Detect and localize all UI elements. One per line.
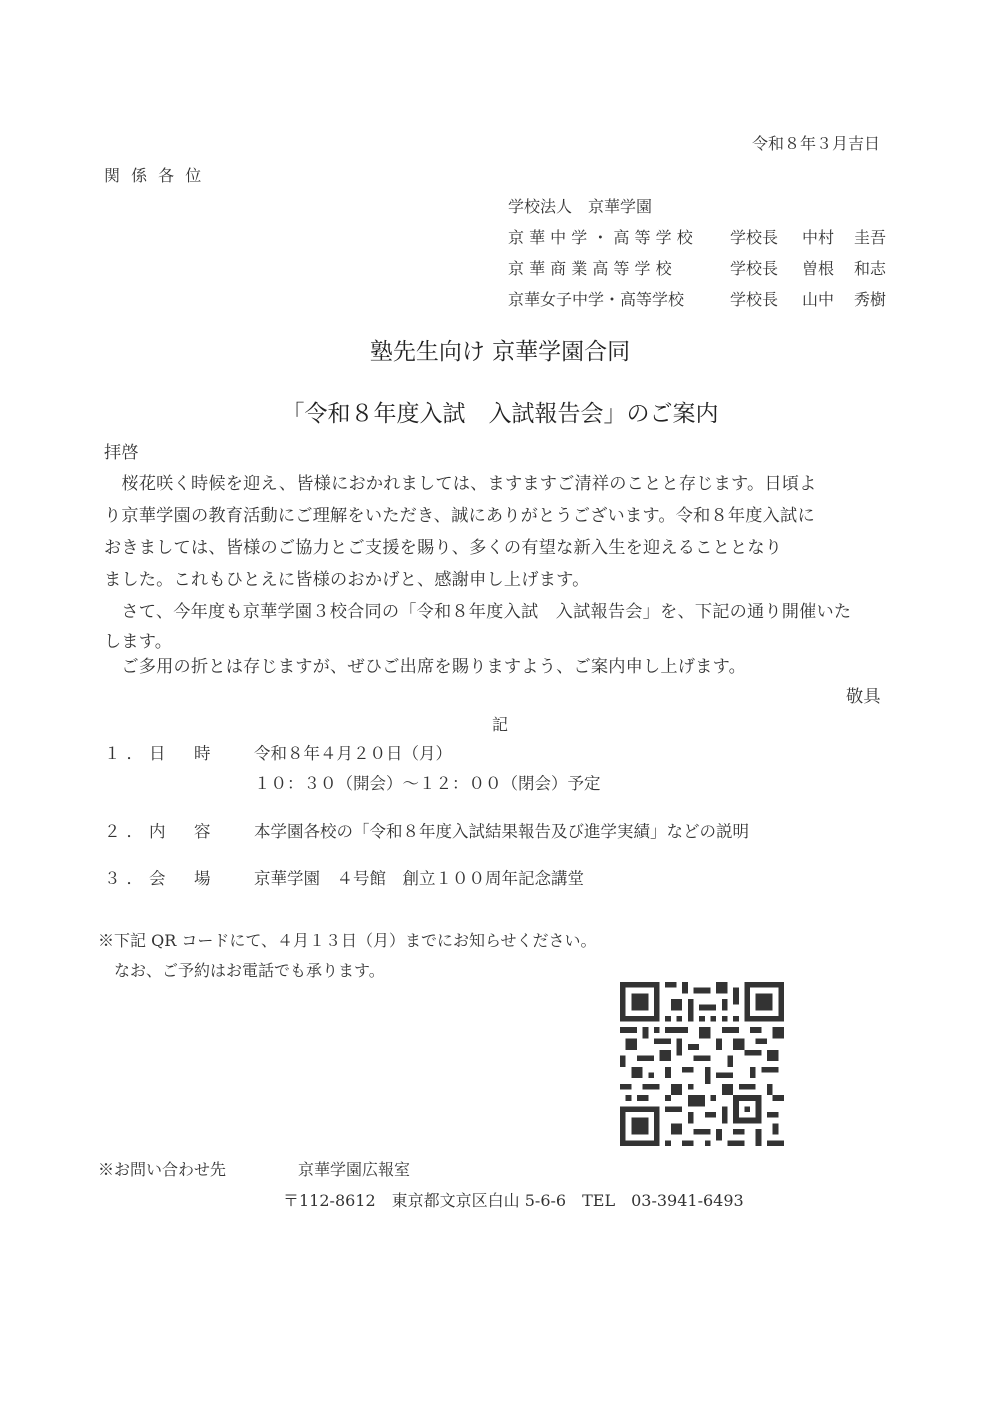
role: 学校長 <box>730 256 802 279</box>
letter-line: 桜花咲く時候を迎え、皆様におかれましては、ますますご清祥のことと存じます。日頃よ <box>104 469 817 494</box>
title-line-2: 「令和８年度入試 入試報告会」のご案内 <box>0 395 1000 428</box>
surname: 曽根 <box>802 256 854 279</box>
detail-item-venue: ３．会 場 京華学園 ４号館 創立１００周年記念講堂 <box>104 865 584 889</box>
detail-label: ２．内 容 <box>104 818 254 842</box>
detail-value: 令和８年４月２０日（月） <box>254 740 452 764</box>
surname: 山中 <box>802 287 854 310</box>
detail-item-datetime: １．日 時 令和８年４月２０日（月） <box>104 740 452 764</box>
school-name: 京華女子中学・高等学校 <box>508 287 730 310</box>
sender-row: 京 華 中 学 ・ 高 等 学 校 学校長 中村 圭吾 <box>508 225 886 248</box>
letter-opening: 拝啓 <box>104 438 139 463</box>
letter-closing: 敬具 <box>846 682 881 707</box>
addressee: 関 係 各 位 <box>104 163 204 186</box>
letter-line: ご多用の折とは存じますが、ぜひご出席を賜りますよう、ご案内申し上げます。 <box>104 652 746 677</box>
sender-corporation: 学校法人 京華学園 <box>508 194 652 217</box>
letter-line: さて、今年度も京華学園３校合同の「令和８年度入試 入試報告会」を、下記の通り開催… <box>104 597 851 622</box>
sender-row: 京華女子中学・高等学校 学校長 山中 秀樹 <box>508 287 886 310</box>
role: 学校長 <box>730 287 802 310</box>
detail-value: 京華学園 ４号館 創立１００周年記念講堂 <box>254 865 584 889</box>
surname: 中村 <box>802 225 854 248</box>
detail-label: ３．会 場 <box>104 865 254 889</box>
detail-value-time: １０：３０（開会）～１２：００（閉会）予定 <box>254 770 601 794</box>
detail-label: １．日 時 <box>104 740 254 764</box>
letter-line: り京華学園の教育活動にご理解をいただき、誠にありがとうございます。令和８年度入試… <box>104 501 815 526</box>
sender-row: 京 華 商 業 高 等 学 校 学校長 曽根 和志 <box>508 256 886 279</box>
detail-item-time: １０：３０（開会）～１２：００（閉会）予定 <box>254 770 601 794</box>
letter-line: ました。これもひとえに皆様のおかげと、感謝申し上げます。 <box>104 565 589 590</box>
letter-line: します。 <box>104 627 172 652</box>
rsvp-line-1: ※下記 QR コードにて、４月１３日（月）までにお知らせください。 <box>98 928 597 951</box>
role: 学校長 <box>730 225 802 248</box>
given-name: 秀樹 <box>854 287 886 310</box>
detail-value: 本学園各校の「令和８年度入試結果報告及び進学実績」などの説明 <box>254 818 749 842</box>
title-line-1: 塾先生向け 京華学園合同 <box>0 333 1000 366</box>
contact-office: 京華学園広報室 <box>298 1157 410 1180</box>
contact-address: 〒112-8612 東京都文京区白山 5-6-6 TEL 03-3941-649… <box>283 1188 744 1211</box>
given-name: 圭吾 <box>854 225 886 248</box>
rsvp-line-2: なお、ご予約はお電話でも承ります。 <box>98 958 385 981</box>
contact-label: ※お問い合わせ先 <box>98 1157 226 1180</box>
detail-item-content: ２．内 容 本学園各校の「令和８年度入試結果報告及び進学実績」などの説明 <box>104 818 749 842</box>
details-heading: 記 <box>492 712 508 735</box>
school-name: 京 華 中 学 ・ 高 等 学 校 <box>508 225 730 248</box>
letter-line: おきましては、皆様のご協力とご支援を賜り、多くの有望な新入生を迎えることとなり <box>104 533 782 558</box>
school-name: 京 華 商 業 高 等 学 校 <box>508 256 730 279</box>
document-date: 令和８年３月吉日 <box>752 131 880 154</box>
given-name: 和志 <box>854 256 886 279</box>
qr-code-icon[interactable] <box>620 982 784 1146</box>
